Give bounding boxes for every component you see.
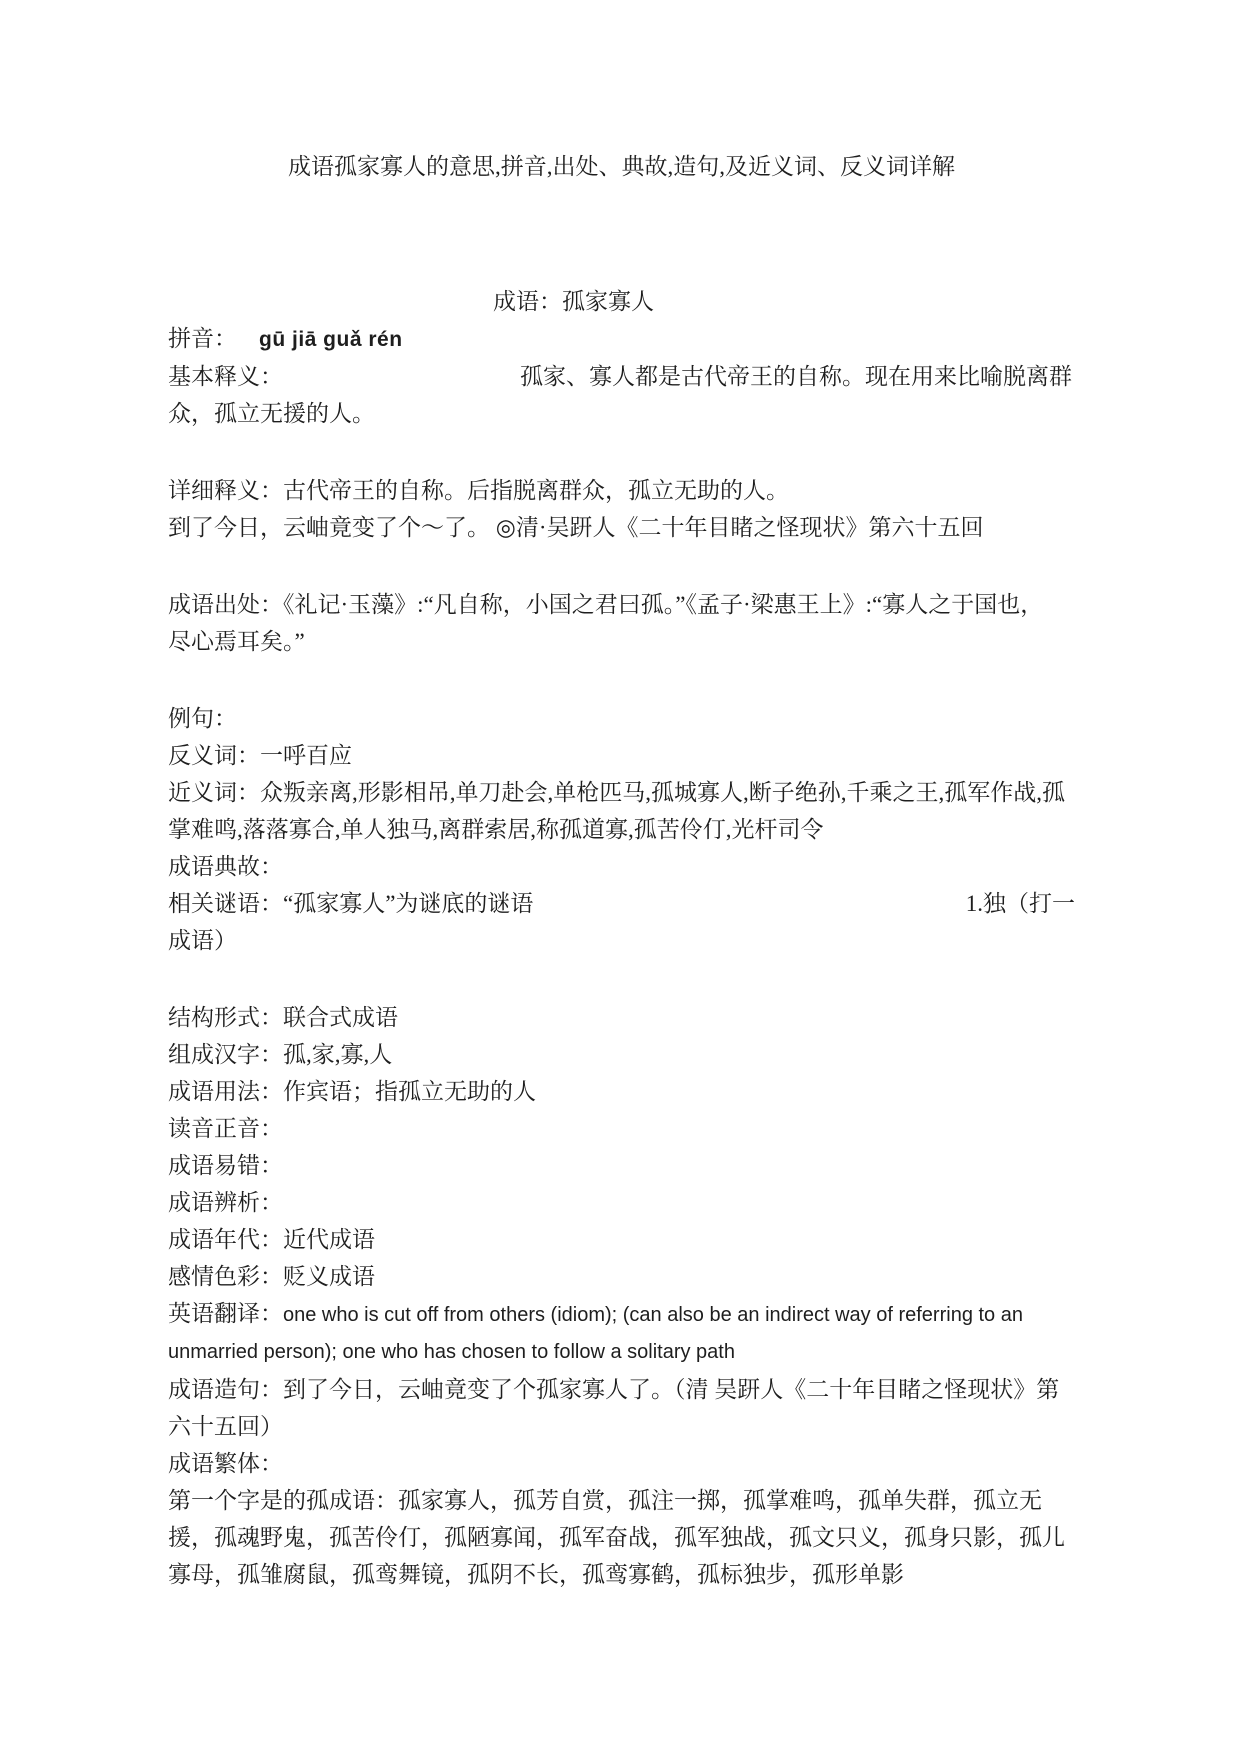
era-line: 成语年代：近代成语 [168, 1221, 1075, 1258]
allusion-label: 成语典故： [168, 848, 1075, 885]
antonyms-line: 反义词：一呼百应 [168, 737, 1075, 774]
pinyin-label: 拼音： [168, 326, 237, 351]
traditional-label: 成语繁体： [168, 1445, 1075, 1482]
synonyms-continuation: 掌难鸣,落落寡合,单人独马,离群索居,称孤道寡,孤苦伶仃,光杆司令 [168, 811, 1075, 848]
first-char-idioms-line: 第一个字是的孤成语：孤家寡人，孤芳自赏，孤注一掷，孤掌难鸣，孤单失群，孤立无 [168, 1482, 1075, 1519]
riddle-text: 相关谜语：“孤家寡人”为谜底的谜语 [168, 885, 533, 922]
english-translation-continuation: unmarried person); one who has chosen to… [168, 1334, 1075, 1371]
english-translation-label: 英语翻译： [168, 1301, 283, 1326]
synonyms-line: 近义词：众叛亲离,形影相吊,单刀赴会,单枪匹马,孤城寡人,断子绝孙,千乘之王,孤… [168, 774, 1075, 811]
detailed-definition-example: 到了今日，云岫竟变了个～了。 ◎清·吴趼人《二十年目睹之怪现状》第六十五回 [168, 509, 1075, 546]
source-continuation: 尽心焉耳矣。” [168, 623, 1075, 660]
idiom-heading: 成语：孤家寡人 [168, 283, 1075, 320]
sentence-line: 成语造句：到了今日，云岫竟变了个孤家寡人了。（清 吴趼人《二十年目睹之怪现状》第 [168, 1371, 1075, 1408]
structure-line: 结构形式：联合式成语 [168, 999, 1075, 1036]
document-page: 成语孤家寡人的意思,拼音,出处、典故,造句,及近义词、反义词详解 成语：孤家寡人… [0, 0, 1240, 1753]
example-label: 例句： [168, 700, 1075, 737]
first-char-idioms-continuation-2: 寡母，孤雏腐鼠，孤鸾舞镜，孤阴不长，孤鸾寡鹤，孤标独步，孤形单影 [168, 1556, 1075, 1593]
detailed-definition-line: 详细释义：古代帝王的自称。后指脱离群众，孤立无助的人。 [168, 472, 1075, 509]
characters-line: 组成汉字：孤,家,寡,人 [168, 1036, 1075, 1073]
riddle-line: 相关谜语：“孤家寡人”为谜底的谜语1.独（打一 [168, 885, 1075, 922]
riddle-answer: 1.独（打一 [966, 885, 1075, 922]
basic-definition-text: 孤家、寡人都是古代帝王的自称。现在用来比喻脱离群 [520, 358, 1072, 395]
pronunciation-label: 读音正音： [168, 1110, 1075, 1147]
first-char-idioms-continuation-1: 援，孤魂野鬼，孤苦伶仃，孤陋寡闻，孤军奋战，孤军独战，孤文只义，孤身只影，孤儿 [168, 1519, 1075, 1556]
common-error-label: 成语易错： [168, 1147, 1075, 1184]
basic-definition-line: 基本释义：孤家、寡人都是古代帝王的自称。现在用来比喻脱离群 [168, 358, 1075, 395]
basic-definition-continuation: 众，孤立无援的人。 [168, 395, 1075, 432]
english-translation-line: 英语翻译：one who is cut off from others (idi… [168, 1295, 1075, 1334]
pinyin-value: gū jiā guǎ rén [259, 328, 403, 351]
sentence-continuation: 六十五回） [168, 1408, 1075, 1445]
usage-line: 成语用法：作宾语；指孤立无助的人 [168, 1073, 1075, 1110]
riddle-continuation: 成语） [168, 922, 1075, 959]
page-title: 成语孤家寡人的意思,拼音,出处、典故,造句,及近义词、反义词详解 [168, 148, 1075, 185]
document-content: 成语孤家寡人的意思,拼音,出处、典故,造句,及近义词、反义词详解 成语：孤家寡人… [168, 148, 1075, 1593]
analysis-label: 成语辨析： [168, 1184, 1075, 1221]
sentiment-line: 感情色彩：贬义成语 [168, 1258, 1075, 1295]
source-line: 成语出处：《礼记·玉藻》:“凡自称，小国之君曰孤。”《孟子·梁惠王上》:“寡人之… [168, 586, 1075, 623]
basic-definition-label: 基本释义： [168, 364, 283, 389]
pinyin-line: 拼音：gū jiā guǎ rén [168, 320, 1075, 358]
english-translation-text: one who is cut off from others (idiom); … [283, 1304, 1023, 1326]
